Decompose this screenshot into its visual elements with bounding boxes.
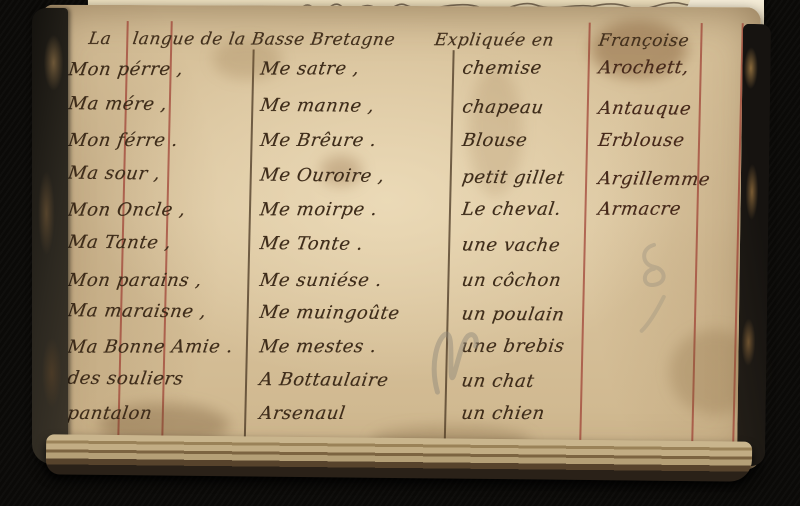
- breton-term: Me muingoûte: [258, 302, 401, 324]
- breton-term: Me Ouroire ,: [259, 165, 386, 187]
- breton-term: A Bottaulaire: [258, 369, 390, 391]
- french-term: Ma mére ,: [67, 93, 169, 115]
- page-stack-edge: [46, 434, 752, 481]
- french-term: chapeau: [461, 97, 545, 119]
- vocab-row: Ma Tante , Me Tonte . une vache: [42, 231, 760, 266]
- manuscript-page: La langue de la Basse Bretagne Expliquée…: [41, 5, 761, 470]
- vocab-row: Mon férre . Me Brêure . Blouse Erblouse: [42, 130, 760, 160]
- breton-term: Arsenaul: [258, 403, 347, 424]
- french-term: Mon Oncle ,: [67, 199, 187, 220]
- french-term: Ma sour ,: [67, 163, 162, 185]
- french-term: un chien: [460, 403, 546, 424]
- breton-term: Me moirpe .: [259, 199, 379, 220]
- french-term: une vache: [460, 234, 561, 256]
- french-term: Ma maraisne ,: [66, 300, 208, 322]
- vocab-row: Ma mére , Me manne , chapeau Antauque: [42, 93, 760, 129]
- vocab-row: Ma maraisne , Me muingoûte un poulain: [42, 300, 760, 336]
- vocab-row: Mon pérre , Me satre , chemise Arochett,: [43, 57, 761, 90]
- page-title-part-3: Expliquée en: [433, 30, 555, 50]
- breton-term: Antauque: [597, 98, 693, 120]
- french-term: Mon pérre ,: [67, 59, 185, 80]
- breton-term: Erblouse: [597, 130, 686, 151]
- breton-term: Arochett,: [597, 57, 690, 78]
- french-term: un chat: [460, 370, 536, 391]
- vocab-row: Mon Oncle , Me moirpe . Le cheval. Armac…: [42, 198, 760, 229]
- french-term: Le cheval.: [461, 199, 563, 220]
- book-cover-edge: [737, 24, 771, 466]
- page-title-part-2: langue de la Basse Bretagne: [131, 29, 396, 50]
- french-term: Ma Bonne Amie .: [66, 336, 234, 357]
- french-term: pantalon: [66, 403, 154, 424]
- photograph-scene: La langue de la Basse Bretagne Expliquée…: [0, 0, 800, 506]
- breton-term: Argillemme: [597, 168, 712, 190]
- french-term: Mon parains ,: [66, 270, 203, 291]
- french-term: Ma Tante ,: [66, 232, 172, 254]
- breton-term: Me Tonte .: [258, 233, 364, 255]
- french-term: une brebis: [460, 336, 566, 357]
- french-term: un poulain: [460, 304, 566, 326]
- breton-term: Me manne ,: [259, 95, 376, 117]
- vocab-row: pantalon Arsenaul un chien: [41, 403, 759, 433]
- french-term: chemise: [461, 58, 543, 79]
- breton-term: Me mestes .: [258, 336, 378, 357]
- breton-term: Me suniése .: [258, 270, 383, 291]
- french-term: petit gillet: [461, 167, 566, 189]
- breton-term: Me Brêure .: [259, 130, 378, 151]
- french-term: un côchon: [460, 270, 562, 291]
- vocab-row: Ma sour , Me Ouroire , petit gillet Argi…: [42, 162, 760, 200]
- page-title-part-4: Françoise: [597, 31, 690, 51]
- breton-term: Armacre: [597, 199, 683, 220]
- breton-term: Me satre ,: [259, 58, 361, 79]
- page-title-part-1: La: [87, 29, 113, 49]
- french-term: Mon férre .: [67, 130, 180, 151]
- book-spine-edge: [32, 8, 68, 464]
- french-term: des souliers: [66, 368, 185, 390]
- french-term: Blouse: [461, 130, 529, 151]
- vocab-row: Mon parains , Me suniése . un côchon: [42, 270, 760, 300]
- vocab-row: des souliers A Bottaulaire un chat: [41, 367, 759, 402]
- vocab-row: Ma Bonne Amie . Me mestes . une brebis: [42, 335, 760, 366]
